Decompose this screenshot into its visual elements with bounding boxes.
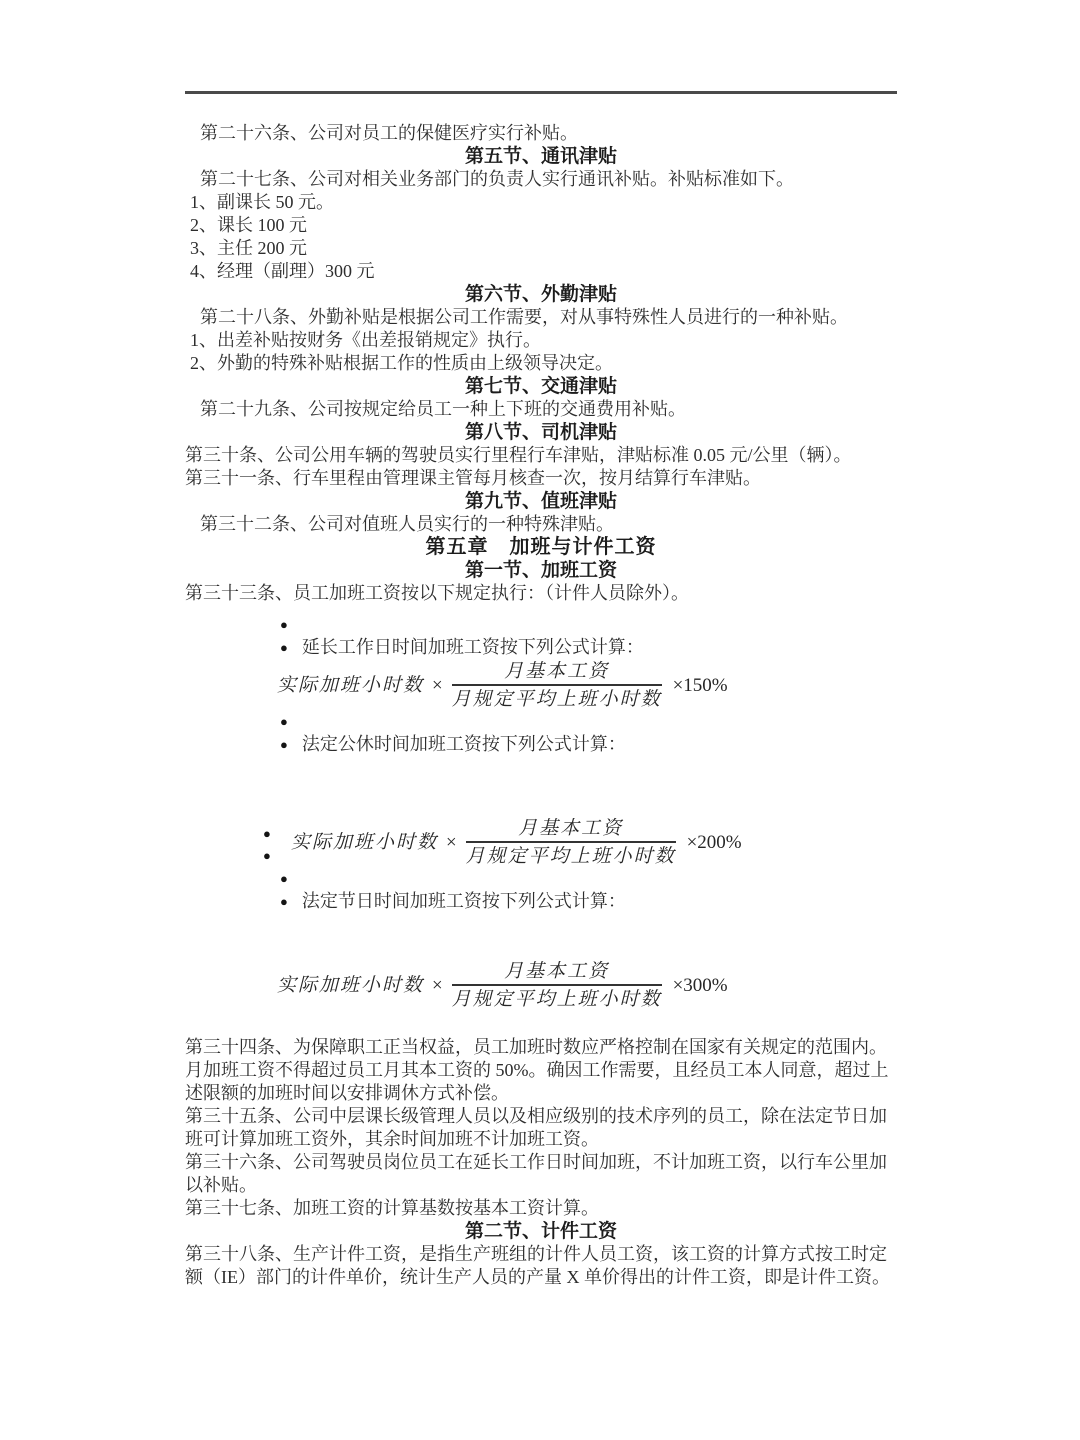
- document-page: 第二十六条、公司对员工的保健医疗实行补贴。 第五节、通讯津贴 第二十七条、公司对…: [0, 0, 1080, 1440]
- article-36-line-1: 第三十六条、公司驾驶员岗位员工在延长工作日时间加班，不计加班工资，以行车公里加: [185, 1151, 897, 1174]
- article-31: 第三十一条、行车里程由管理课主管每月核查一次，按月结算行车津贴。: [185, 467, 897, 490]
- article-35-line-1: 第三十五条、公司中层课长级管理人员以及相应级别的技术序列的员工，除在法定节日加: [185, 1105, 897, 1128]
- chapter-5-heading: 第五章 加班与计件工资: [185, 536, 897, 559]
- bullet-icon: ●: [280, 895, 288, 908]
- bullet-holiday-rule: ● 法定节日时间加班工资按下列公式计算：: [185, 890, 897, 913]
- bullet-weekday-rule: ● 延长工作日时间加班工资按下列公式计算：: [185, 636, 897, 659]
- article-33: 第三十三条、员工加班工资按以下规定执行：（计件人员除外）。: [185, 582, 897, 605]
- spacer: [185, 913, 897, 959]
- overtime-bullet-list: ● ● 延长工作日时间加班工资按下列公式计算： 实际加班小时数 × 月基本工资 …: [185, 613, 897, 1010]
- bullet-icon: ●: [263, 827, 271, 840]
- article-38-line-1: 第三十八条、生产计件工资，是指生产班组的计件人员工资，该工资的计算方式按工时定: [185, 1243, 897, 1266]
- spacer: [185, 756, 897, 816]
- formula-fraction: 月基本工资 月规定平均上班小时数: [466, 818, 676, 867]
- bullet-icon: ●: [280, 738, 288, 751]
- comm-allowance-item-4: 4、经理（副理）300 元: [185, 260, 897, 283]
- comm-allowance-item-2: 2、课长 100 元: [185, 214, 897, 237]
- formula-numerator: 月基本工资: [466, 818, 676, 843]
- top-rule: [185, 91, 897, 94]
- comm-allowance-item-1: 1、副课长 50 元。: [185, 191, 897, 214]
- article-37: 第三十七条、加班工资的计算基数按基本工资计算。: [185, 1197, 897, 1220]
- formula-lhs: 实际加班小时数 ×: [277, 674, 446, 697]
- article-32: 第三十二条、公司对值班人员实行的一种特殊津贴。: [185, 513, 897, 536]
- article-36-line-2: 以补贴。: [185, 1174, 897, 1197]
- formula-fraction: 月基本工资 月规定平均上班小时数: [452, 661, 662, 710]
- section-2-heading: 第二节、计件工资: [185, 1220, 897, 1243]
- article-34-line-3: 述限额的加班时间以安排调休方式补偿。: [185, 1082, 897, 1105]
- bullet-weekend-rule: ● 法定公休时间加班工资按下列公式计算：: [185, 733, 897, 756]
- section-8-heading: 第八节、司机津贴: [185, 421, 897, 444]
- formula-numerator: 月基本工资: [452, 961, 662, 986]
- section-1-heading: 第一节、加班工资: [185, 559, 897, 582]
- formula-denominator: 月规定平均上班小时数: [466, 843, 676, 867]
- formula-multiplier: ×150%: [673, 674, 728, 697]
- bullet-icon: ●: [280, 618, 288, 631]
- formula-denominator: 月规定平均上班小时数: [452, 686, 662, 710]
- formula-multiplier: ×200%: [687, 831, 742, 854]
- article-27: 第二十七条、公司对相关业务部门的负责人实行通讯补贴。补贴标准如下。: [185, 168, 897, 191]
- article-26: 第二十六条、公司对员工的保健医疗实行补贴。: [185, 122, 897, 145]
- article-35-line-2: 班可计算加班工资外，其余时间加班不计加班工资。: [185, 1128, 897, 1151]
- document-body: 第二十六条、公司对员工的保健医疗实行补贴。 第五节、通讯津贴 第二十七条、公司对…: [185, 122, 897, 1289]
- formula-multiplier: ×300%: [673, 974, 728, 997]
- formula-denominator: 月规定平均上班小时数: [452, 986, 662, 1010]
- section-7-heading: 第七节、交通津贴: [185, 375, 897, 398]
- bullet-weekday-text: 延长工作日时间加班工资按下列公式计算：: [302, 636, 644, 659]
- field-allowance-item-2: 2、外勤的特殊补贴根据工作的性质由上级领导决定。: [185, 352, 897, 375]
- bullet-icon: ●: [280, 641, 288, 654]
- bullet-icon: ●: [280, 715, 288, 728]
- formula-fraction: 月基本工资 月规定平均上班小时数: [452, 961, 662, 1010]
- article-29: 第二十九条、公司按规定给员工一种上下班的交通费用补贴。: [185, 398, 897, 421]
- article-38-line-2: 额（IE）部门的计件单价，统计生产人员的产量 X 单价得出的计件工资，即是计件工…: [185, 1266, 897, 1289]
- formula-lhs: 实际加班小时数 ×: [291, 831, 460, 854]
- field-allowance-item-1: 1、出差补贴按财务《出差报销规定》执行。: [185, 329, 897, 352]
- article-34-line-1: 第三十四条、为保障职工正当权益，员工加班时数应严格控制在国家有关规定的范围内。: [185, 1036, 897, 1059]
- formula-numerator: 月基本工资: [452, 661, 662, 686]
- bullet-empty-1: ●: [185, 613, 897, 636]
- bullet-holiday-text: 法定节日时间加班工资按下列公式计算：: [302, 890, 626, 913]
- formula-lhs: 实际加班小时数 ×: [277, 974, 446, 997]
- section-6-heading: 第六节、外勤津贴: [185, 283, 897, 306]
- overtime-formula-200: ● ● 实际加班小时数 × 月基本工资 月规定平均上班小时数 ×200%: [277, 818, 897, 867]
- bullet-empty-2: ●: [185, 710, 897, 733]
- section-5-heading: 第五节、通讯津贴: [185, 145, 897, 168]
- overtime-formula-150: 实际加班小时数 × 月基本工资 月规定平均上班小时数 ×150%: [277, 661, 897, 710]
- article-34-line-2: 月加班工资不得超过员工月其本工资的 50%。确因工作需要，且经员工本人同意，超过…: [185, 1059, 897, 1082]
- bullet-icon: ●: [280, 872, 288, 885]
- section-9-heading: 第九节、值班津贴: [185, 490, 897, 513]
- article-28: 第二十八条、外勤补贴是根据公司工作需要，对从事特殊性人员进行的一种补贴。: [185, 306, 897, 329]
- spacer: [185, 1010, 897, 1036]
- comm-allowance-item-3: 3、主任 200 元: [185, 237, 897, 260]
- bullet-icon: ●: [263, 849, 271, 862]
- article-30: 第三十条、公司公用车辆的驾驶员实行里程行车津贴，津贴标准 0.05 元/公里（辆…: [185, 444, 897, 467]
- bullet-weekend-text: 法定公休时间加班工资按下列公式计算：: [302, 733, 626, 756]
- bullet-empty-3: ●: [185, 867, 897, 890]
- overtime-formula-300: 实际加班小时数 × 月基本工资 月规定平均上班小时数 ×300%: [277, 961, 897, 1010]
